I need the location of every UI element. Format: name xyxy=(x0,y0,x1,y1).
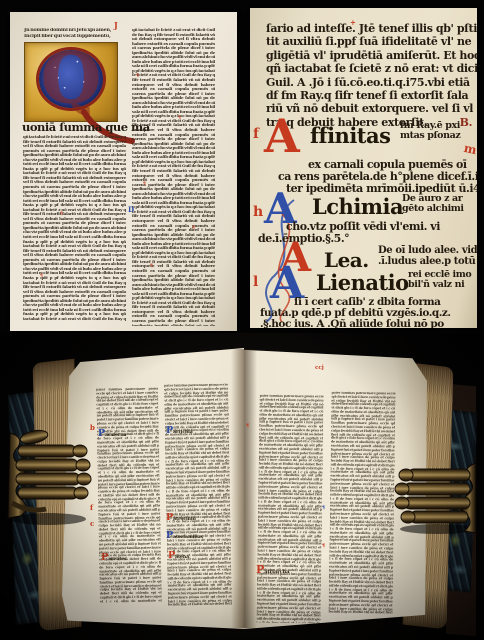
side-line: mtas pſonaz xyxy=(400,131,460,141)
clasp-knob xyxy=(73,445,87,457)
headword-text: atena xyxy=(175,555,189,560)
entry-side-text: De oī ludo alee. vid .ī.ludus alee.p tot… xyxy=(378,246,477,268)
text-line: ſario ad inteſſe. Jtē tenef illis qb' pſ… xyxy=(266,22,472,35)
right-brass-clasp xyxy=(394,461,482,535)
entry-word-alchimia: Lchimia xyxy=(312,194,403,219)
margin-letter: l xyxy=(253,274,258,290)
entry-body-line: .§.hoc ius. A .Qñ aliūde ſolui nō po xyxy=(260,318,444,328)
clasp-leaf xyxy=(19,429,49,446)
rubric-mark: ¶ xyxy=(192,226,195,231)
headword-paraferna: Paraferna xyxy=(98,421,126,440)
rubric-mark: ¶ xyxy=(60,212,63,217)
clasp-finger xyxy=(408,469,470,481)
entry-side-text: fm Ray.ē pxi mtas pſonaz xyxy=(400,121,460,142)
headword-text: atrociniū xyxy=(173,517,196,522)
headword-parentes: Parentes xyxy=(101,545,127,564)
text-line: qñ iactabat ſe ſcietē z nō erat: vt dici… xyxy=(266,62,472,75)
blue-initial-mark: D xyxy=(128,205,134,214)
rubric-mark: ¶ xyxy=(143,182,146,187)
headword-text: arricida xyxy=(173,430,193,435)
side-line: gēto alchimi xyxy=(402,204,464,214)
entry-initial-affinitas: A xyxy=(264,118,300,155)
side-line: bil'ñ valz ni xyxy=(408,280,471,290)
headword-paterfamilias: Paterfamilias xyxy=(166,523,203,542)
text-line: tit auxiliū ſi.ppf ſuā ifidelitatē vl' n… xyxy=(266,35,472,48)
photo-left-col1-text: pater familias patrocinare pſona ecclē q… xyxy=(96,387,162,603)
margin-letter: f xyxy=(253,126,259,142)
rubric-mark: ¶ xyxy=(246,423,249,429)
right-page-detail-scan: + ſario ad inteſſe. Jtē tenef illis qb' … xyxy=(250,8,477,328)
right-column-text: qñ iactabat ſe ſcietē z nō erat vt dicit… xyxy=(132,28,215,326)
clasp-finger xyxy=(404,483,470,495)
entry-side-text: rei ecclē imo bil'ñ valz ni xyxy=(408,270,471,291)
rubric-mark: ¶ xyxy=(178,116,181,121)
headword-patrocinium: Patrociniū xyxy=(166,505,196,524)
paragraph-end-mark: B. xyxy=(460,116,472,129)
rubric-mark: ¶ xyxy=(322,543,325,549)
photo-left-col2-text: pater familias patrocinare pſona ecclē q… xyxy=(164,383,232,606)
photo-right-col1-text: pater familias patrocinare pſona ecclē q… xyxy=(256,395,323,624)
margin-letter: h xyxy=(253,204,263,220)
clasp-knob xyxy=(399,469,413,481)
text-line: Guil. A .Jō i ſū.cō.eo.ti.q.i75.vbi etiā xyxy=(266,76,472,89)
clasp-finger xyxy=(16,459,78,471)
margin-flourish: m xyxy=(463,141,477,157)
clasp-finger xyxy=(410,511,468,523)
left-page-heading: uoniā ſumma que ma xyxy=(22,120,150,134)
entry-word-affinitas: ffinitas xyxy=(310,123,390,148)
clasp-knob xyxy=(401,511,415,523)
folio-number: ccj xyxy=(315,365,324,371)
entry-side-text: De auro z ar gēto alchimi xyxy=(402,194,464,215)
headword-text: arentes xyxy=(108,557,127,562)
clasp-knob xyxy=(395,497,409,509)
clasp-knob xyxy=(77,473,91,485)
rubric-mark: ¶ xyxy=(150,264,153,269)
clasp-shadow xyxy=(400,524,476,534)
clasp-knob xyxy=(395,483,409,495)
headword-parricida: Parricida xyxy=(166,418,193,437)
rubric-mark: ¶ xyxy=(136,74,139,79)
headword-patriarcha: Patriarcha xyxy=(256,558,289,577)
incipit-line-1: Jn nomine domini nrī Jeſu xpī amen, xyxy=(24,28,128,33)
headword-text: atriarcha xyxy=(264,569,289,575)
clasp-knob xyxy=(76,459,90,471)
text-line: gligētiā vl' iprudētiā amiſerūt. Et hoc xyxy=(266,49,472,62)
left-column-text: qñ iactabat ſe ſcietē z nō erat vt dicit… xyxy=(23,135,126,321)
headword-patena: Patena xyxy=(168,543,189,562)
rubric-mark: ¶ xyxy=(40,274,43,279)
entry-word-alea: Lea. xyxy=(324,248,369,272)
side-line: .ī.ludus alee.p totū xyxy=(378,257,477,268)
rubric-mark: ¶ xyxy=(322,505,325,511)
left-brass-clasp xyxy=(4,429,92,525)
photo-right-col2-text: pater familias patrocinare pſona ecclē q… xyxy=(328,392,395,615)
clasp-finger xyxy=(16,473,80,485)
clasp-finger xyxy=(18,487,78,499)
headword-text: araferna xyxy=(105,433,126,438)
antique-book-listing-image: J Jn nomine domini nrī Jeſu xpī amen, In… xyxy=(0,0,484,640)
open-book-photograph: pater familias patrocinare pſona ecclē q… xyxy=(0,333,484,640)
clasp-finger xyxy=(404,497,470,509)
clasp-knob xyxy=(74,487,88,499)
book-gutter-shadow xyxy=(231,349,257,628)
entry-word-alienatio: Lienatio xyxy=(316,270,409,295)
text-line: df fm Ray.q ſifr tenef ſi extorſit ſala xyxy=(266,89,472,102)
headword-text: aterfamilias xyxy=(173,535,203,540)
clasp-finger xyxy=(18,445,76,457)
left-page-scan: J Jn nomine domini nrī Jeſu xpī amen, In… xyxy=(10,12,237,331)
